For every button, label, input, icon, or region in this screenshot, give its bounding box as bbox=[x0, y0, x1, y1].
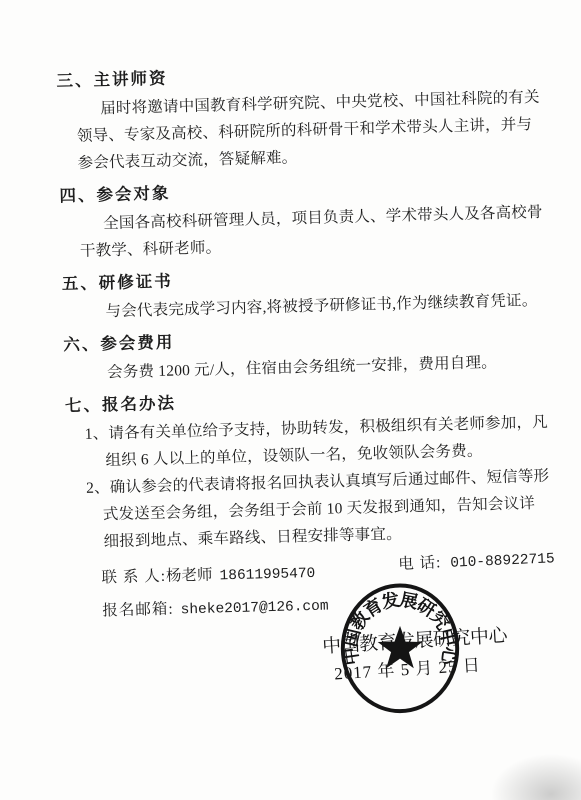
scanned-notice-page: 三、主讲师资 届时将邀请中国教育科学研究院、中央党校、中国社科院的有关 领导、专… bbox=[0, 0, 581, 800]
phone-number: 010-88922715 bbox=[450, 551, 555, 572]
section-attendees: 四、参会对象 全国各高校科研管理人员，项目负责人、学术带头人及各高校骨 干教学、… bbox=[78, 170, 550, 265]
section-registration: 七、报名办法 1、请各有关单位给予支持，协助转发，积极组织有关老师参加，凡 组织… bbox=[84, 380, 558, 556]
contact-person-label: 联 系 人: bbox=[101, 561, 166, 594]
contact-person-name: 杨老师 bbox=[166, 560, 213, 592]
signature-block: 中国教育发展研究中心 中国教育发展研究中心 2017 年 5 月 25 日 bbox=[316, 574, 556, 739]
section-speakers: 三、主讲师资 届时将邀请中国教育科学研究院、中央党校、中国社科院的有关 领导、专… bbox=[75, 55, 548, 177]
document-body: 三、主讲师资 届时将邀请中国教育科学研究院、中央党校、中国社科院的有关 领导、专… bbox=[75, 50, 560, 629]
contact-person-phone: 18611995470 bbox=[219, 559, 315, 592]
email-label: 报名邮箱: bbox=[102, 594, 174, 627]
section-certificate: 五、研修证书 与会代表完成学习内容,将被授予研修证书,作为继续教育凭证。 bbox=[80, 258, 551, 326]
email-address: sheke2017@126.com bbox=[180, 592, 329, 627]
section-fees: 六、参会费用 会务费 1200 元/人，住宿由会务组统一安排，费用自理。 bbox=[82, 319, 553, 387]
phone-label: 电 话: bbox=[397, 554, 441, 573]
